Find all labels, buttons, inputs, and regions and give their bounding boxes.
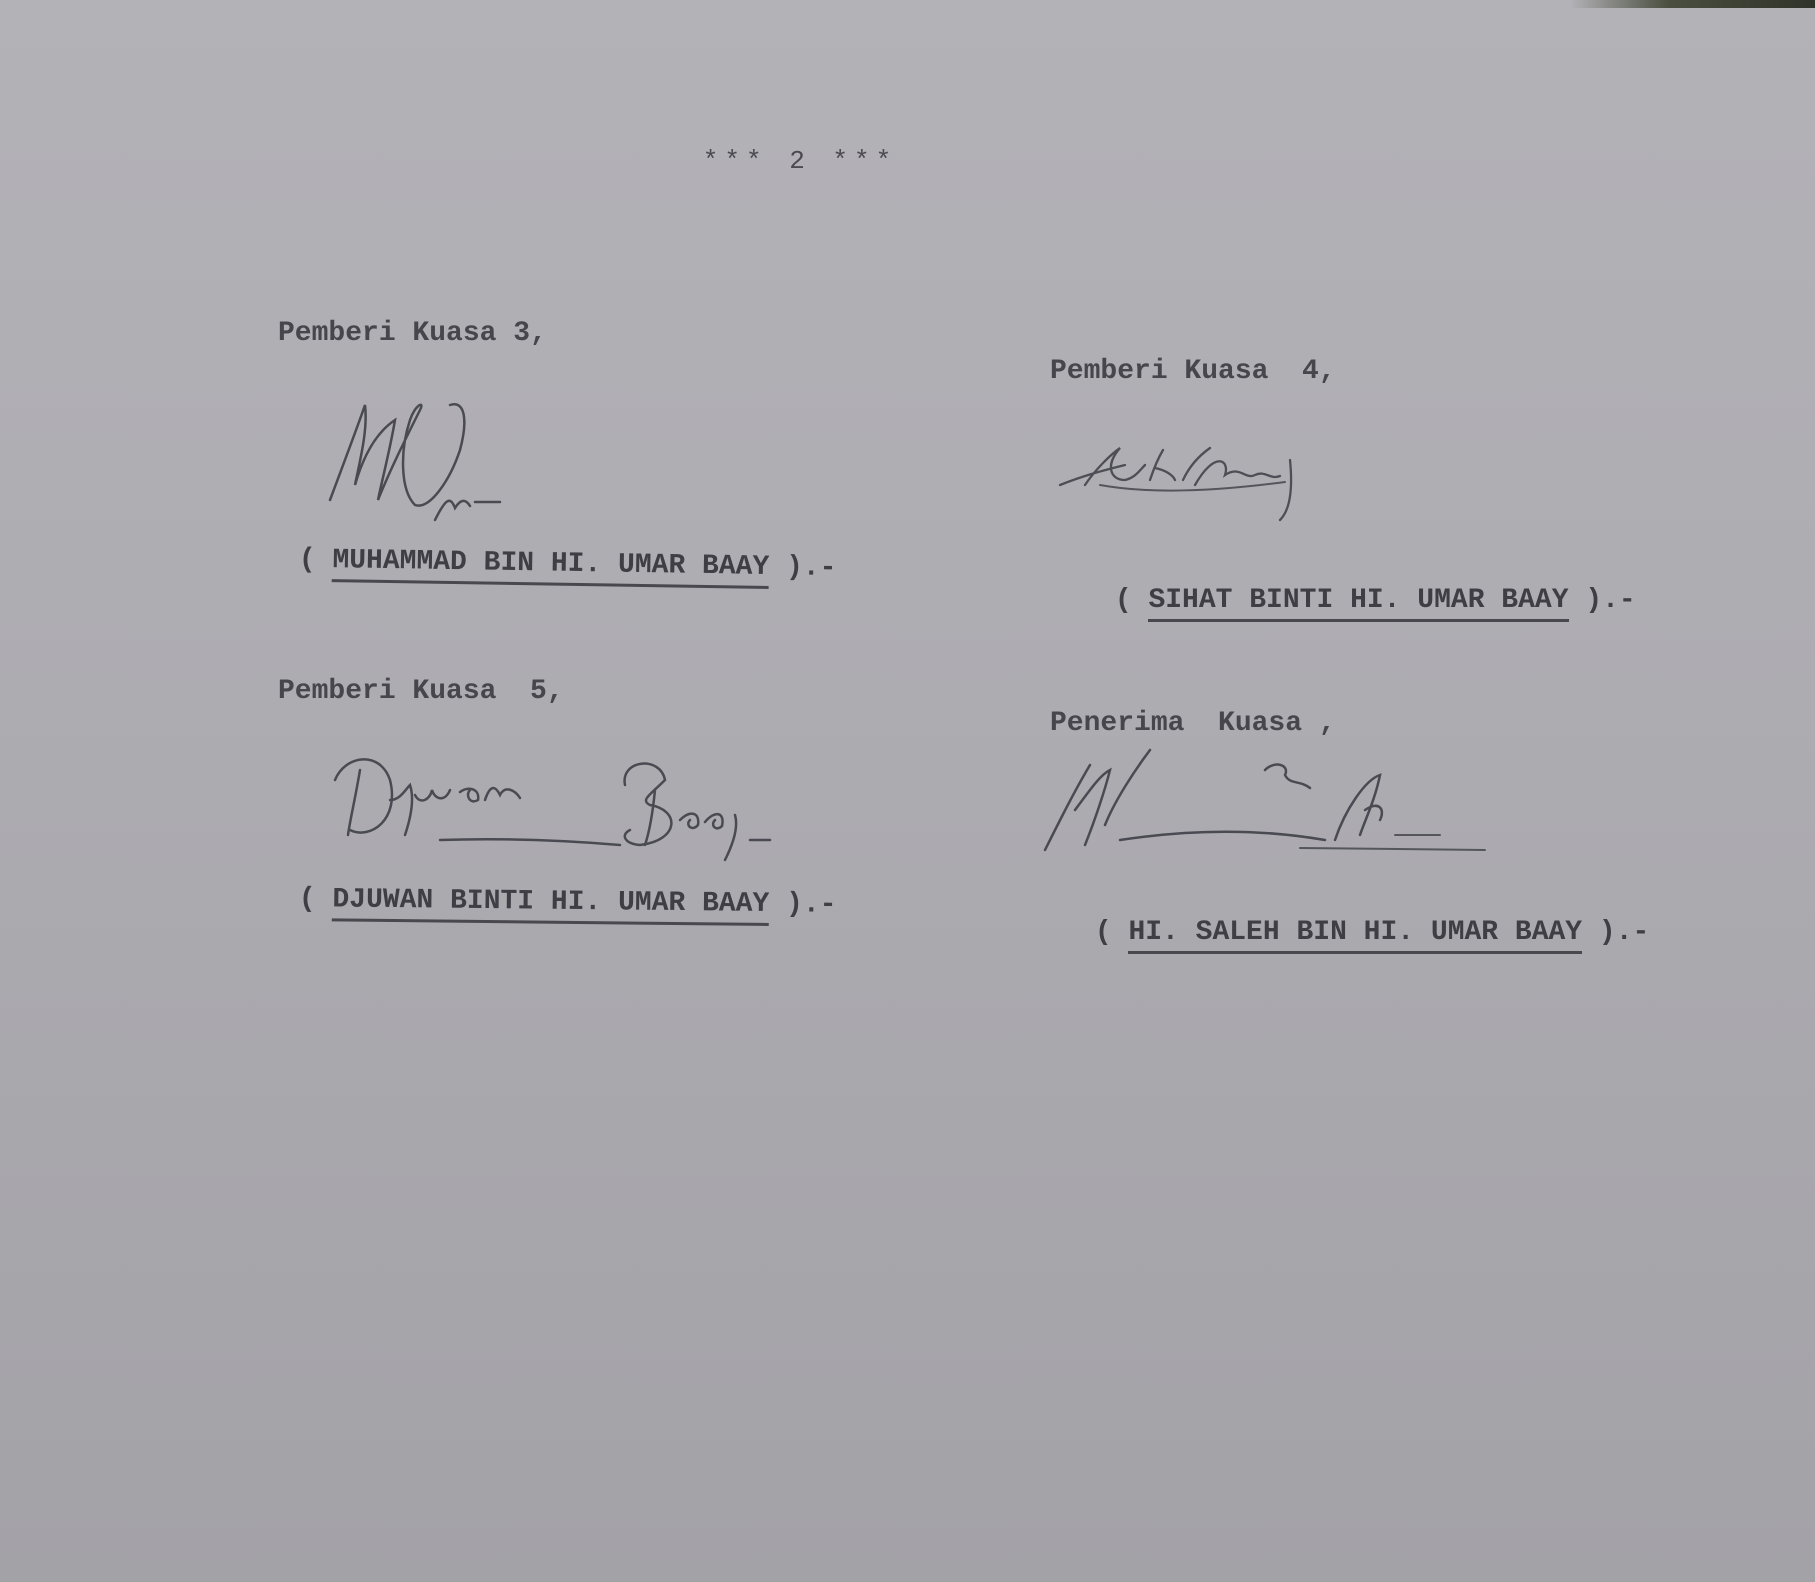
signatory-name: MUHAMMAD BIN HI. UMAR BAAY bbox=[332, 545, 769, 589]
signatory-name-line: ( SIHAT BINTI HI. UMAR BAAY ).- bbox=[1014, 554, 1636, 647]
document-page: *** 2 *** Pemberi Kuasa 3, ( MUHAMMAD BI… bbox=[0, 0, 1815, 1582]
signature-icon bbox=[1055, 440, 1375, 545]
signatory-name: DJUWAN BINTI HI. UMAR BAAY bbox=[332, 884, 769, 926]
role-label: Pemberi Kuasa 4, bbox=[1050, 356, 1336, 387]
signatory-name: SIHAT BINTI HI. UMAR BAAY bbox=[1148, 585, 1568, 622]
signatory-name-line: ( MUHAMMAD BIN HI. UMAR BAAY ).- bbox=[197, 512, 837, 615]
role-label: Pemberi Kuasa 5, bbox=[278, 676, 564, 707]
background-edge bbox=[1570, 0, 1815, 8]
signatory-name-line: ( HI. SALEH BIN HI. UMAR BAAY ).- bbox=[994, 886, 1649, 979]
signatory-name: HI. SALEH BIN HI. UMAR BAAY bbox=[1128, 917, 1582, 954]
signature-icon bbox=[320, 390, 620, 535]
role-label: Pemberi Kuasa 3, bbox=[278, 318, 547, 349]
signature-icon bbox=[1035, 730, 1555, 875]
page-number: *** 2 *** bbox=[680, 146, 920, 176]
signatory-name-line: ( DJUWAN BINTI HI. UMAR BAAY ).- bbox=[198, 852, 837, 952]
